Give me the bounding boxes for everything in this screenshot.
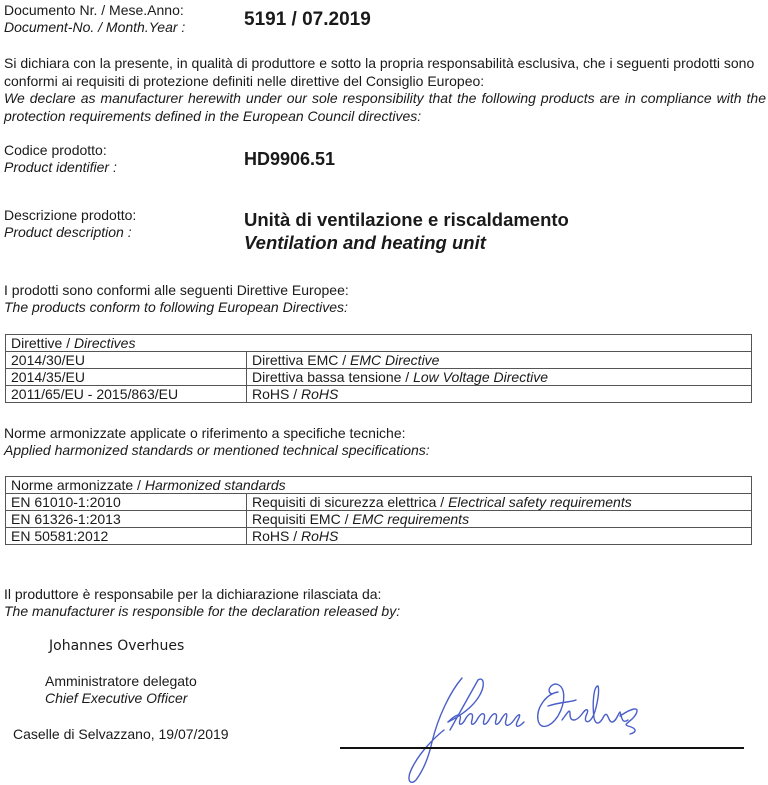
standards-intro-en: Applied harmonized standards or mentione… <box>4 442 430 459</box>
standards-table: Norme armonizzate / Harmonized standards… <box>5 476 752 545</box>
product-description-label: Descrizione prodotto: Product descriptio… <box>4 207 136 241</box>
directive-code: 2014/35/EU <box>6 369 247 386</box>
declaration-paragraph: Si dichiara con la presente, in qualità … <box>4 55 768 125</box>
product-description-label-en: Product description : <box>4 224 136 241</box>
declaration-it: Si dichiara con la presente, in qualità … <box>4 55 764 90</box>
handwritten-signature <box>400 672 660 785</box>
table-row: 2014/30/EU Direttiva EMC / EMC Directive <box>6 352 752 369</box>
responsibility-statement: Il produttore è responsabile per la dich… <box>4 586 400 620</box>
product-description: Unità di ventilazione e riscaldamento Ve… <box>244 208 569 254</box>
product-identifier-label-en: Product identifier : <box>4 159 117 176</box>
product-identifier: HD9906.51 <box>244 149 335 170</box>
signatory-title-it: Amministratore delegato <box>45 673 197 690</box>
standards-intro-it: Norme armonizzate applicate o riferiment… <box>4 425 430 442</box>
directives-intro: I prodotti sono conformi alle seguenti D… <box>4 282 349 316</box>
directive-code: 2014/30/EU <box>6 352 247 369</box>
standard-description: RoHS / RoHS <box>247 528 752 545</box>
product-description-it: Unità di ventilazione e riscaldamento <box>244 208 569 231</box>
product-description-label-it: Descrizione prodotto: <box>4 207 136 224</box>
standard-code: EN 50581:2012 <box>6 528 247 545</box>
place-and-date: Caselle di Selvazzano, 19/07/2019 <box>13 726 229 743</box>
product-description-en: Ventilation and heating unit <box>244 231 569 254</box>
directive-description: RoHS / RoHS <box>247 386 752 403</box>
directives-intro-en: The products conform to following Europe… <box>4 299 349 316</box>
directives-table: Direttive / Directives 2014/30/EU Dirett… <box>5 334 752 403</box>
standards-intro: Norme armonizzate applicate o riferiment… <box>4 425 430 459</box>
directive-description: Direttiva bassa tensione / Low Voltage D… <box>247 369 752 386</box>
table-row: 2011/65/EU - 2015/863/EU RoHS / RoHS <box>6 386 752 403</box>
standard-code: EN 61010-1:2010 <box>6 494 247 511</box>
product-identifier-label-it: Codice prodotto: <box>4 142 117 159</box>
signatory-title-en: Chief Executive Officer <box>45 690 197 707</box>
document-number-label-it: Documento Nr. / Mese.Anno: <box>4 2 185 19</box>
signature-line <box>340 747 744 749</box>
product-identifier-label: Codice prodotto: Product identifier : <box>4 142 117 176</box>
declaration-en: We declare as manufacturer herewith unde… <box>4 90 766 125</box>
signatory-name: Johannes Overhues <box>49 638 184 654</box>
document-number-label-en: Document-No. / Month.Year : <box>4 19 185 36</box>
table-row: EN 50581:2012 RoHS / RoHS <box>6 528 752 545</box>
directive-code: 2011/65/EU - 2015/863/EU <box>6 386 247 403</box>
responsibility-it: Il produttore è responsabile per la dich… <box>4 586 400 603</box>
standard-description: Requisiti di sicurezza elettrica / Elect… <box>247 494 752 511</box>
directives-table-header: Direttive / Directives <box>6 335 752 352</box>
document-number-label: Documento Nr. / Mese.Anno: Document-No. … <box>4 2 185 36</box>
table-row: 2014/35/EU Direttiva bassa tensione / Lo… <box>6 369 752 386</box>
standard-code: EN 61326-1:2013 <box>6 511 247 528</box>
responsibility-en: The manufacturer is responsible for the … <box>4 603 400 620</box>
document-number: 5191 / 07.2019 <box>244 9 371 31</box>
table-row: EN 61010-1:2010 Requisiti di sicurezza e… <box>6 494 752 511</box>
table-row: EN 61326-1:2013 Requisiti EMC / EMC requ… <box>6 511 752 528</box>
standards-table-header: Norme armonizzate / Harmonized standards <box>6 477 752 494</box>
directives-intro-it: I prodotti sono conformi alle seguenti D… <box>4 282 349 299</box>
directive-description: Direttiva EMC / EMC Directive <box>247 352 752 369</box>
signatory-title: Amministratore delegato Chief Executive … <box>45 673 197 707</box>
standard-description: Requisiti EMC / EMC requirements <box>247 511 752 528</box>
